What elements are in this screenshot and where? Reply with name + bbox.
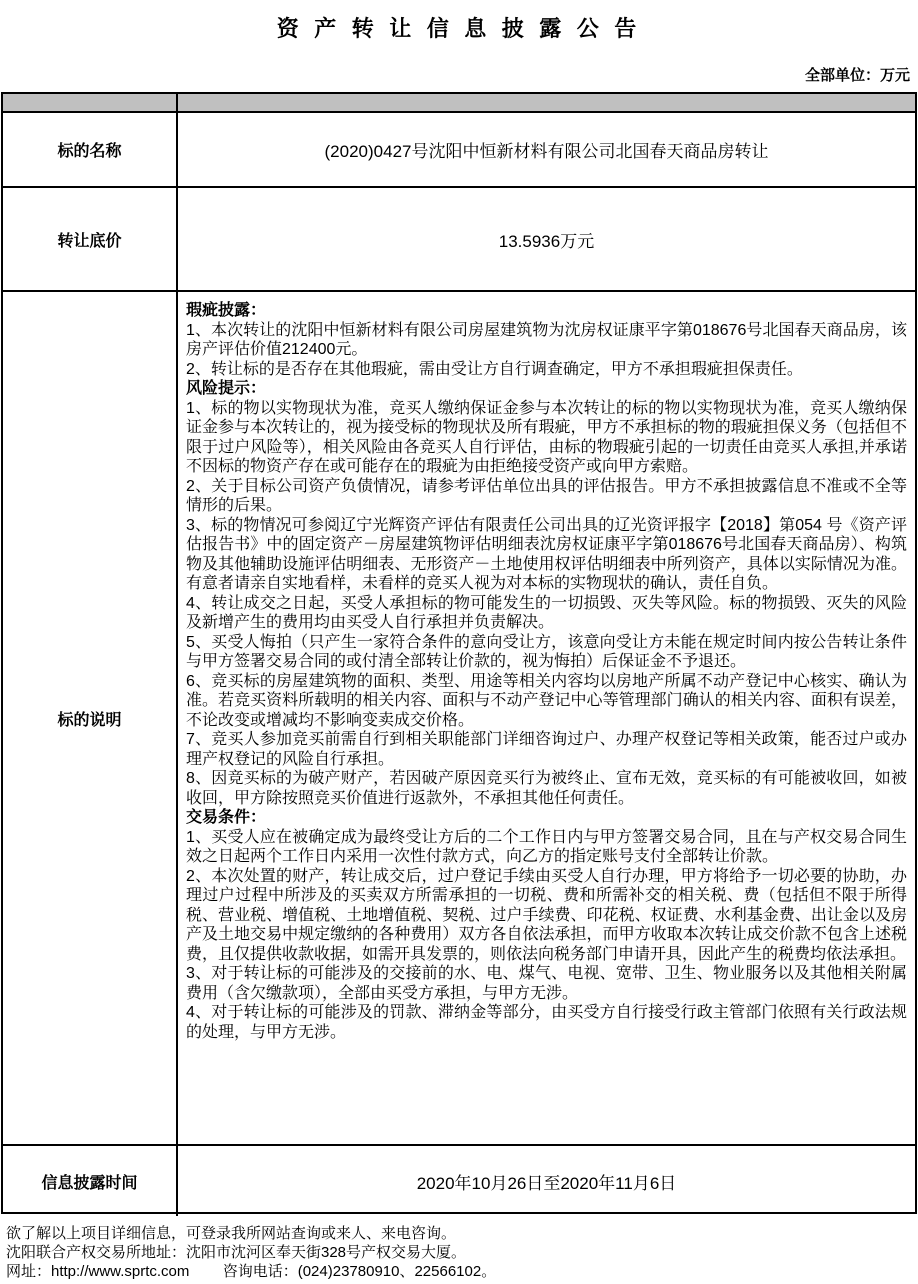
base-price-value: 13.5936万元 [178,188,915,292]
disclosure-time-value: 2020年10月26日至2020年11月6日 [178,1146,915,1216]
desc-paragraph: 4、对于转让标的可能涉及的罚款、滞纳金等部分，由买受方自行接受行政主管部门依照有… [186,1003,907,1042]
desc-heading-risk-notice: 风险提示： [186,379,907,399]
base-price-label: 转让底价 [3,188,178,292]
disclosure-table: 标的名称 (2020)0427号沈阳中恒新材料有限公司北国春天商品房转让 转让底… [1,92,917,1214]
desc-paragraph: 2、转让标的是否存在其他瑕疵，需由受让方自行调查确定，甲方不承担瑕疵担保责任。 [186,360,907,380]
table-header-left-cell [3,94,178,113]
desc-paragraph: 4、转让成交之日起，买受人承担标的物可能发生的一切损毁、灭失等风险。标的物损毁、… [186,594,907,633]
page-footer: 欲了解以上项目详细信息，可登录我所网站查询或来人、来电咨询。 沈阳联合产权交易所… [6,1224,912,1281]
desc-paragraph: 1、本次转让的沈阳中恒新材料有限公司房屋建筑物为沈房权证康平字第018676号北… [186,321,907,360]
disclosure-time-label: 信息披露时间 [3,1146,178,1216]
desc-paragraph: 1、买受人应在被确定成为最终受让方后的二个工作日内与甲方签署交易合同，且在与产权… [186,828,907,867]
announcement-page: { "title": "资 产 转 让 信 息 披 露 公 告", "unit_… [0,0,918,1284]
target-name-label: 标的名称 [3,113,178,188]
desc-paragraph: 5、买受人悔拍（只产生一家符合条件的意向受让方，该意向受让方未能在规定时间内按公… [186,633,907,672]
page-title: 资 产 转 让 信 息 披 露 公 告 [0,12,918,43]
desc-paragraph: 2、关于目标公司资产负债情况，请参考评估单位出具的评估报告。甲方不承担披露信息不… [186,477,907,516]
footer-address-line: 沈阳联合产权交易所地址：沈阳市沈河区奉天街328号产权交易大厦。 [6,1243,912,1262]
target-name-value: (2020)0427号沈阳中恒新材料有限公司北国春天商品房转让 [178,113,915,188]
desc-paragraph: 1、标的物以实物现状为准，竞买人缴纳保证金参与本次转让的标的物以实物现状为准，竞… [186,399,907,477]
footer-info-line: 欲了解以上项目详细信息，可登录我所网站查询或来人、来电咨询。 [6,1224,912,1243]
footer-contact-line: 网址：http://www.sprtc.com 咨询电话：(024)237809… [6,1262,912,1281]
desc-paragraph: 8、因竞买标的为破产财产，若因破产原因竞买行为被终止、宣布无效，竞买标的有可能被… [186,769,907,808]
desc-paragraph: 2、本次处置的财产，转让成交后，过户登记手续由买受人自行办理，甲方将给予一切必要… [186,867,907,965]
unit-note: 全部单位：万元 [805,64,910,85]
desc-paragraph: 3、标的物情况可参阅辽宁光辉资产评估有限责任公司出具的辽光资评报字【2018】第… [186,516,907,594]
target-description-label: 标的说明 [3,292,178,1146]
target-description-content: 瑕疵披露： 1、本次转让的沈阳中恒新材料有限公司房屋建筑物为沈房权证康平字第01… [178,292,915,1146]
desc-paragraph: 3、对于转让标的可能涉及的交接前的水、电、煤气、电视、宽带、卫生、物业服务以及其… [186,964,907,1003]
desc-paragraph: 7、竞买人参加竞买前需自行到相关职能部门详细咨询过户、办理产权登记等相关政策，能… [186,730,907,769]
desc-heading-trade-conditions: 交易条件： [186,808,907,828]
desc-heading-defect-disclosure: 瑕疵披露： [186,301,907,321]
table-header-right-cell [178,94,915,113]
desc-paragraph: 6、竞买标的房屋建筑物的面积、类型、用途等相关内容均以房地产所属不动产登记中心核… [186,672,907,731]
